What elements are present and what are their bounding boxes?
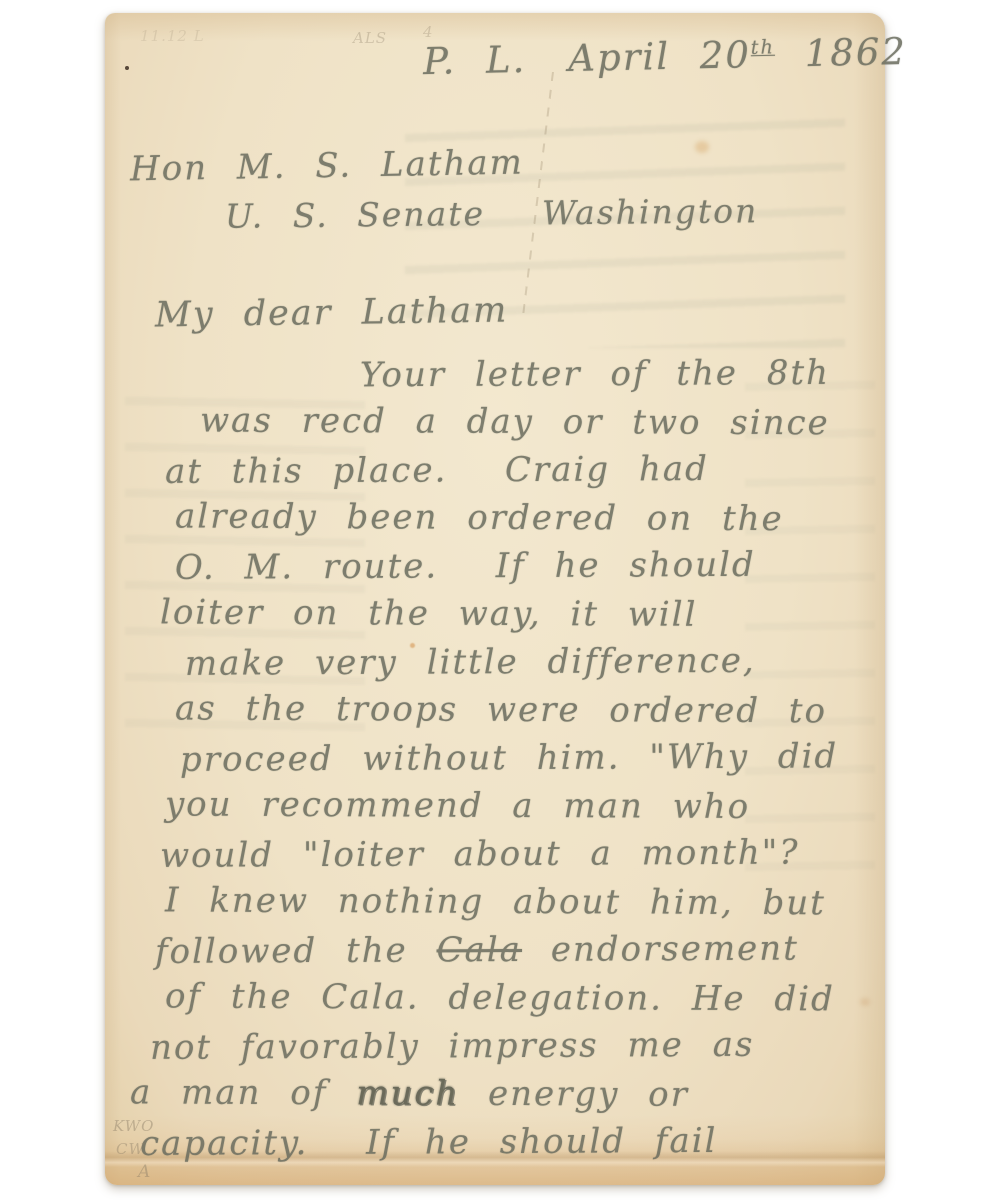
margin-note: CW [116,1140,145,1158]
foxing-spot [125,66,129,70]
foxing-spot [695,141,709,153]
dateline-day-suffix: th [750,35,775,59]
catalog-note: ALS [353,29,387,47]
handwritten-line: was recd a day or two since [200,397,885,448]
handwritten-line: loiter on the way, it will [160,588,885,639]
letter-body: Your letter of the 8th was recd a day or… [105,350,885,1166]
handwritten-line: not favorably impress me as [150,1020,885,1072]
handwritten-line: you recommend a man who [165,780,885,831]
handwritten-line: proceed without him. "Why did [180,732,885,784]
handwritten-line: make very little difference, [185,636,885,688]
dateline-year: 1862 [804,30,907,75]
handwritten-line: at this place. Craig had [165,444,885,496]
handwritten-line: already been ordered on the [175,492,885,543]
handwritten-line: would "loiter about a month"? [160,828,885,880]
handwritten-line: Your letter of the 8th [360,349,885,400]
letter-page: 11.12 L ALS 4 P. L.April 20th 1862 Hon M… [105,13,885,1185]
handwritten-line: followed the Cala endorsement [155,924,885,976]
handwritten-line: capacity. If he should fail [140,1116,885,1168]
handwritten-line: a man of much energy or [130,1068,885,1119]
recipient-name: Hon M. S. Latham [130,143,525,190]
scan-background: 11.12 L ALS 4 P. L.April 20th 1862 Hon M… [0,0,999,1200]
dateline-day: April 20 [568,33,751,80]
catalog-note: 11.12 L [140,27,205,45]
recipient-address: U. S. Senate Washington [225,191,759,236]
handwritten-line: O. M. route. If he should [175,540,885,592]
dateline: P. L.April 20th 1862 [423,30,908,83]
overwritten-word: much [356,1073,459,1113]
margin-note: KWO [113,1117,154,1135]
handwritten-line: as the troops were ordered to [175,684,885,735]
handwritten-line: I knew nothing about him, but [165,876,885,927]
margin-note: A [138,1162,151,1182]
catalog-note: 4 [423,23,434,41]
dateline-gap [527,71,569,72]
strikethrough-word: Cala [436,930,522,970]
salutation: My dear Latham [155,291,509,336]
dateline-place: P. L. [423,38,527,83]
handwritten-line: of the Cala. delegation. He did [165,972,885,1023]
